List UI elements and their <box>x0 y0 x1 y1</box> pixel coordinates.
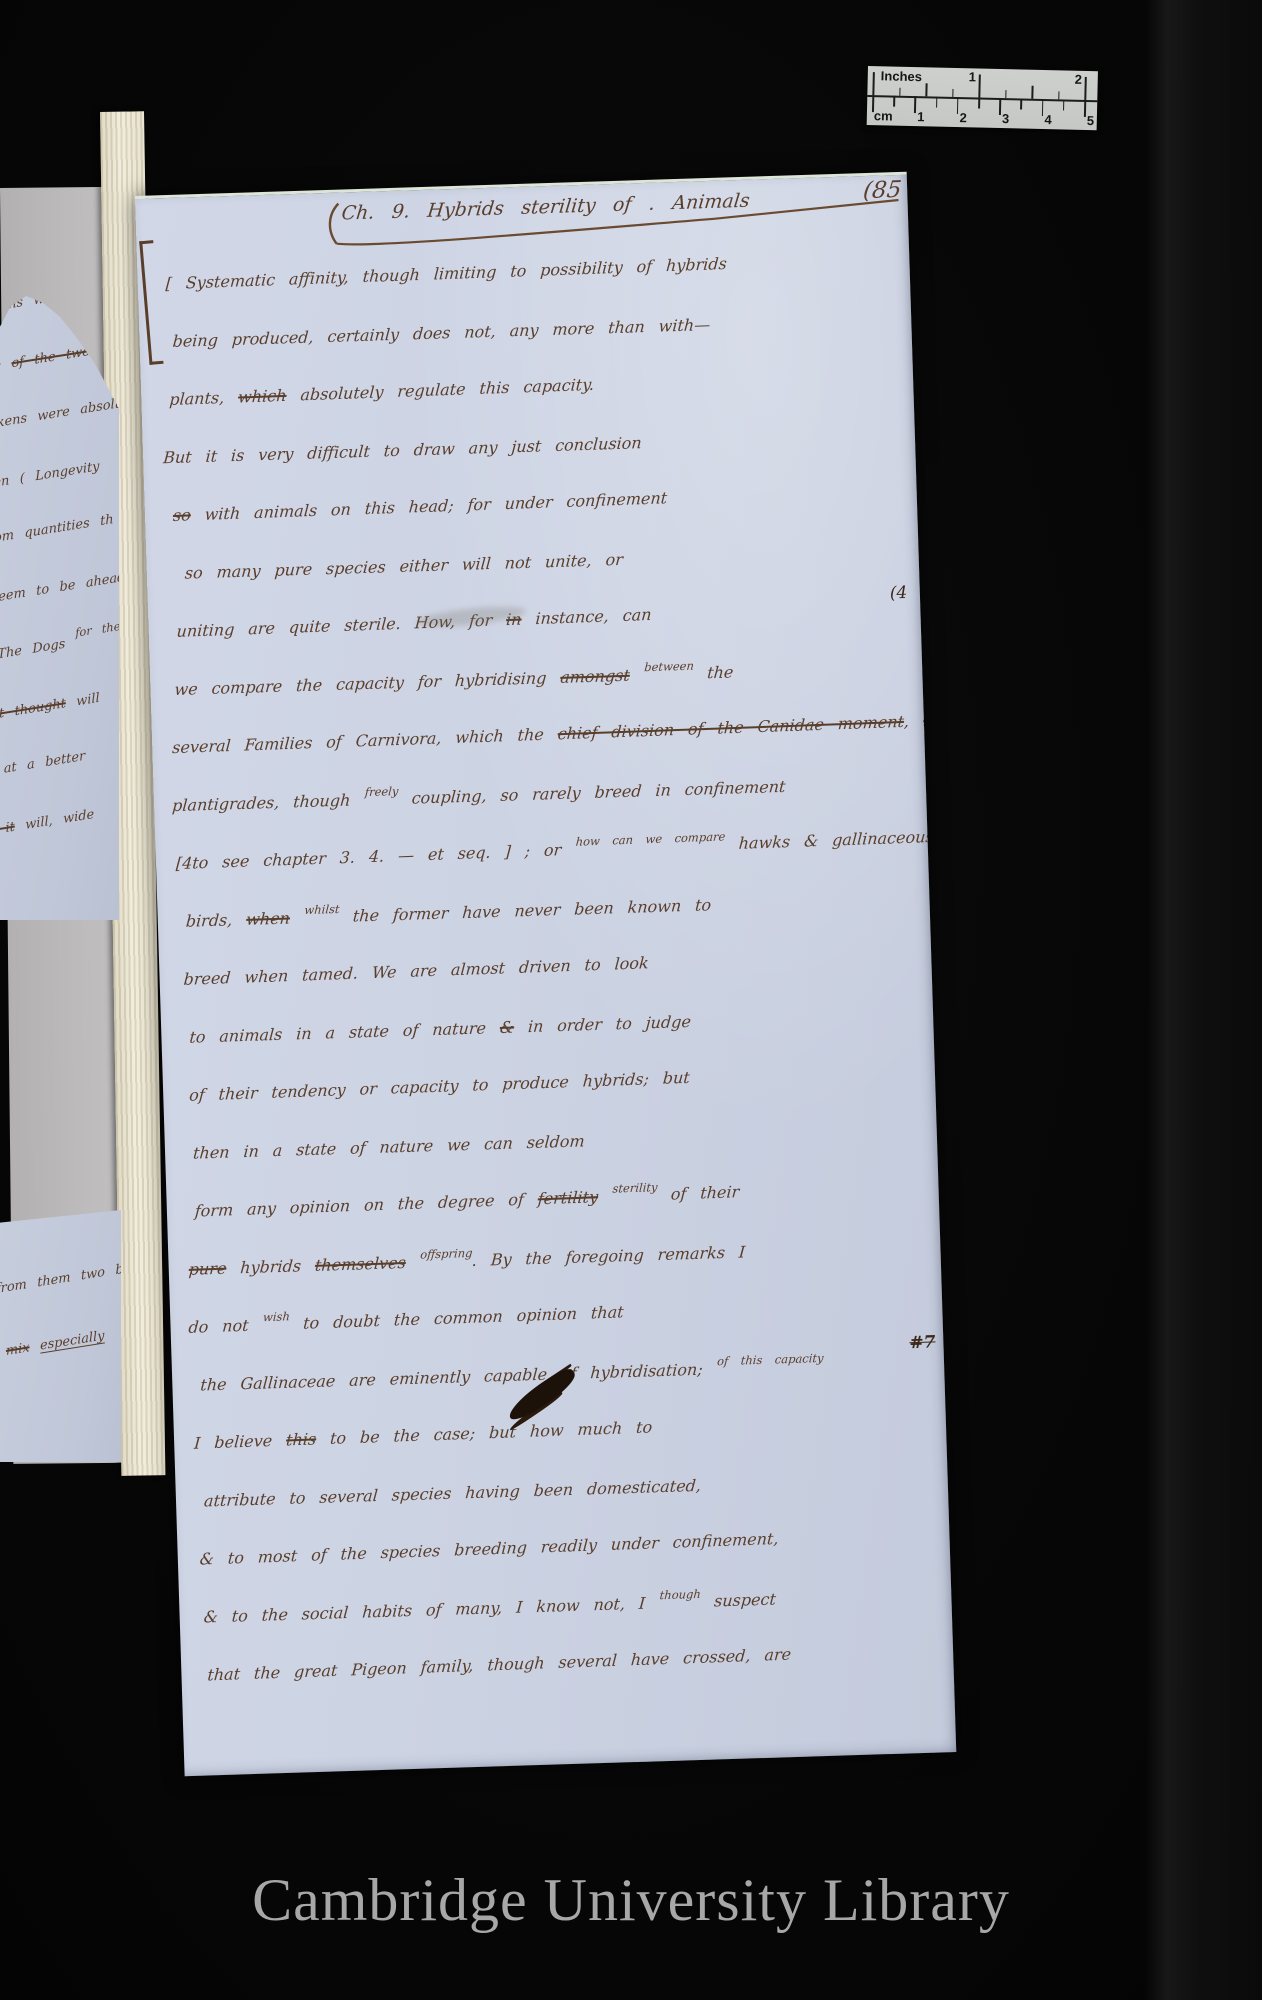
ruler-inches-label: Inches <box>881 68 923 84</box>
ruler-tick <box>1042 99 1044 116</box>
folio-number: (85 <box>862 177 903 204</box>
fragment-line: is from quantities th <box>0 512 114 551</box>
fragment-line: his The Dogs for then <box>0 627 119 667</box>
ruler-tick <box>1005 90 1007 98</box>
library-watermark: Cambridge University Library <box>0 1866 1262 1935</box>
ruler-tick <box>999 98 1001 115</box>
ruler-number: 2 <box>959 110 967 125</box>
ruler-tick <box>899 88 901 96</box>
ruler-number: 1 <box>969 69 977 84</box>
fragment-line: the it will, wide <box>0 807 95 841</box>
fragment-line: mix especially <box>6 1328 105 1359</box>
ruler-tick <box>978 98 980 109</box>
ruler-number: 1 <box>917 109 925 124</box>
ruler-tick <box>872 72 874 95</box>
ruler-tick <box>1084 100 1086 117</box>
photograph-stage: chickens were whRoe of the two by hchick… <box>0 0 1262 2000</box>
fragment-line: then at a better <box>0 749 86 783</box>
velvet-backdrop-fold <box>1146 0 1262 2000</box>
fragment-line: it seem to be ahead in the quick <box>0 554 119 609</box>
manuscript-page: Ch. 9. Hybrids sterility of . Animals (8… <box>135 172 956 1776</box>
ruler-tick <box>978 75 980 98</box>
measurement-ruler: Inches cm 1212345 <box>867 66 1098 130</box>
fragment-line: chickens were absolutel <box>0 393 119 435</box>
ruler-tick <box>1084 77 1086 100</box>
ruler-tick <box>925 83 927 96</box>
ruler-tick <box>914 96 916 113</box>
manuscript-fragment-lower: from them two birdsmix especially <box>0 1210 121 1462</box>
fragment-line: from them two birds <box>0 1258 121 1297</box>
ruler-tick <box>1020 98 1022 109</box>
fragment-line: then ( Longevity <box>0 459 100 493</box>
ruler-tick <box>957 97 959 114</box>
fragment-line: that thought will <box>0 691 100 725</box>
marginal-mark: (4 <box>890 583 908 604</box>
manuscript-text: [ Systematic affinity, though limiting t… <box>153 251 950 1724</box>
ruler-cm-label: cm <box>874 108 893 123</box>
ruler-tick <box>1058 91 1060 99</box>
page-header: Ch. 9. Hybrids sterility of . Animals <box>313 183 889 247</box>
marginal-mark: #7 <box>909 1332 936 1353</box>
ruler-tick <box>1063 99 1065 110</box>
ruler-number: 4 <box>1044 112 1052 127</box>
ruler-number: 2 <box>1075 72 1083 87</box>
ruler-tick <box>936 97 938 108</box>
ruler-number: 5 <box>1087 113 1095 128</box>
ruler-tick <box>952 89 954 97</box>
ruler-tick <box>1031 86 1033 99</box>
ruler-number: 3 <box>1002 111 1010 126</box>
ruler-tick <box>893 96 895 107</box>
